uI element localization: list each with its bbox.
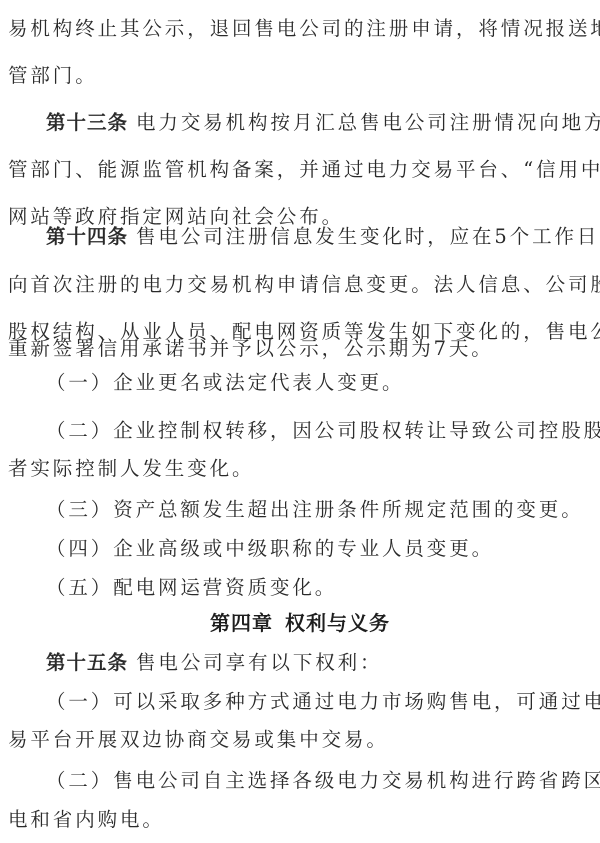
list-item-continuation: 易平台开展双边协商交易或集中交易。 <box>8 727 389 753</box>
list-item: （二）企业控制权转移，因公司股权转让导致公司控股股东或 <box>46 418 600 444</box>
paragraph-line: 易机构终止其公示，退回售电公司的注册申请，将情况报送地方主 <box>8 16 600 42</box>
list-item: （四）企业高级或中级职称的专业人员变更。 <box>46 536 494 562</box>
article-15-label: 第十五条 <box>46 651 128 674</box>
list-item: （五）配电网运营资质变化。 <box>46 575 337 601</box>
paragraph-line: 售电公司注册信息发生变化时，应在5个工作日内 <box>136 225 600 248</box>
list-item: （一）企业更名或法定代表人变更。 <box>46 370 404 396</box>
article-13-label: 第十三条 <box>46 111 128 134</box>
list-item-continuation: 者实际控制人发生变化。 <box>8 456 254 482</box>
list-item: （一）可以采取多种方式通过电力市场购售电，可通过电力交 <box>46 689 600 715</box>
article-14-first-line: 第十四条售电公司注册信息发生变化时，应在5个工作日内 <box>46 224 600 250</box>
paragraph-line: 管部门。 <box>8 63 98 89</box>
paragraph-line: 向首次注册的电力交易机构申请信息变更。法人信息、公司股东、 <box>8 272 600 298</box>
paragraph-line: 重新签署信用承诺书并予以公示，公示期为7天。 <box>8 336 494 362</box>
list-item: （三）资产总额发生超出注册条件所规定范围的变更。 <box>46 497 584 523</box>
article-13-first-line: 第十三条电力交易机构按月汇总售电公司注册情况向地方主 <box>46 110 600 136</box>
list-item: （二）售电公司自主选择各级电力交易机构进行跨省跨区购 <box>46 768 600 794</box>
document-page: 易机构终止其公示，退回售电公司的注册申请，将情况报送地方主 管部门。 第十三条电… <box>0 0 600 843</box>
article-14-label: 第十四条 <box>46 225 128 248</box>
list-item-continuation: 电和省内购电。 <box>8 807 165 833</box>
paragraph-line: 售电公司享有以下权利： <box>136 651 382 674</box>
chapter-heading: 第四章权利与义务 <box>0 610 600 636</box>
chapter-number: 第四章 <box>210 611 273 635</box>
chapter-title: 权利与义务 <box>285 611 390 635</box>
paragraph-line: 电力交易机构按月汇总售电公司注册情况向地方主 <box>136 111 600 134</box>
paragraph-line: 管部门、能源监管机构备案，并通过电力交易平台、“信用中国” <box>8 157 600 183</box>
article-15-first-line: 第十五条售电公司享有以下权利： <box>46 650 382 676</box>
